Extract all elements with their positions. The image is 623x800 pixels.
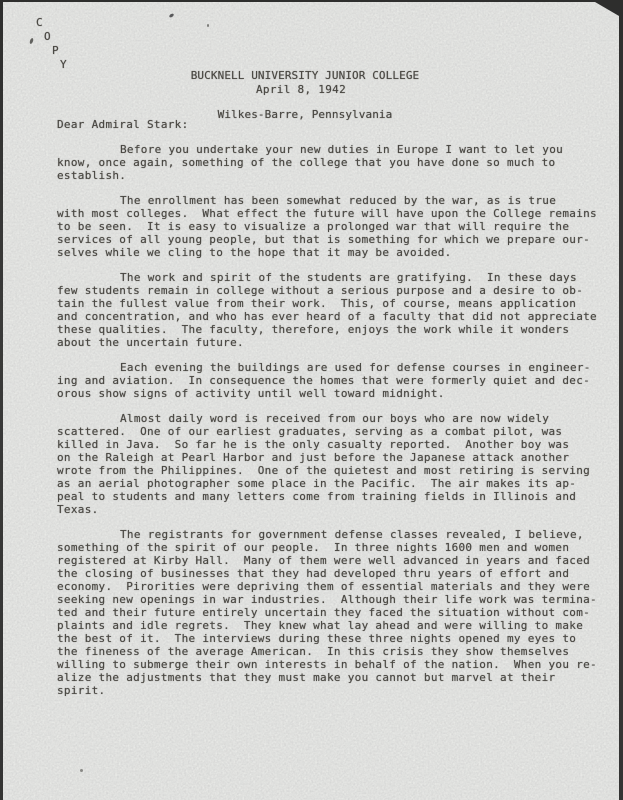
letter-body: Dear Admiral Stark: Before you undertake…	[57, 118, 615, 709]
letter-date: April 8, 1942	[3, 83, 609, 96]
salutation: Dear Admiral Stark:	[57, 118, 615, 131]
paragraph-1: Before you undertake your new duties in …	[57, 143, 615, 182]
letter-paper: C O P Y BUCKNELL UNIVERSITY JUNIOR COLLE…	[3, 2, 619, 800]
copy-stamp-letter: O	[44, 31, 51, 42]
paper-speck	[207, 24, 209, 27]
paragraph-6: The registrants for government defense c…	[57, 528, 615, 697]
paper-speck	[80, 769, 83, 772]
paragraph-4: Each evening the buildings are used for …	[57, 361, 615, 400]
letterhead-college-name: BUCKNELL UNIVERSITY JUNIOR COLLEGE	[3, 69, 613, 82]
copy-stamp-letter: C	[36, 17, 43, 28]
paper-speck	[169, 13, 175, 18]
paragraph-2: The enrollment has been somewhat reduced…	[57, 194, 615, 259]
paragraph-5: Almost daily word is received from our b…	[57, 412, 615, 516]
scanned-letter-page: C O P Y BUCKNELL UNIVERSITY JUNIOR COLLE…	[0, 0, 623, 800]
paragraph-3: The work and spirit of the students are …	[57, 271, 615, 349]
